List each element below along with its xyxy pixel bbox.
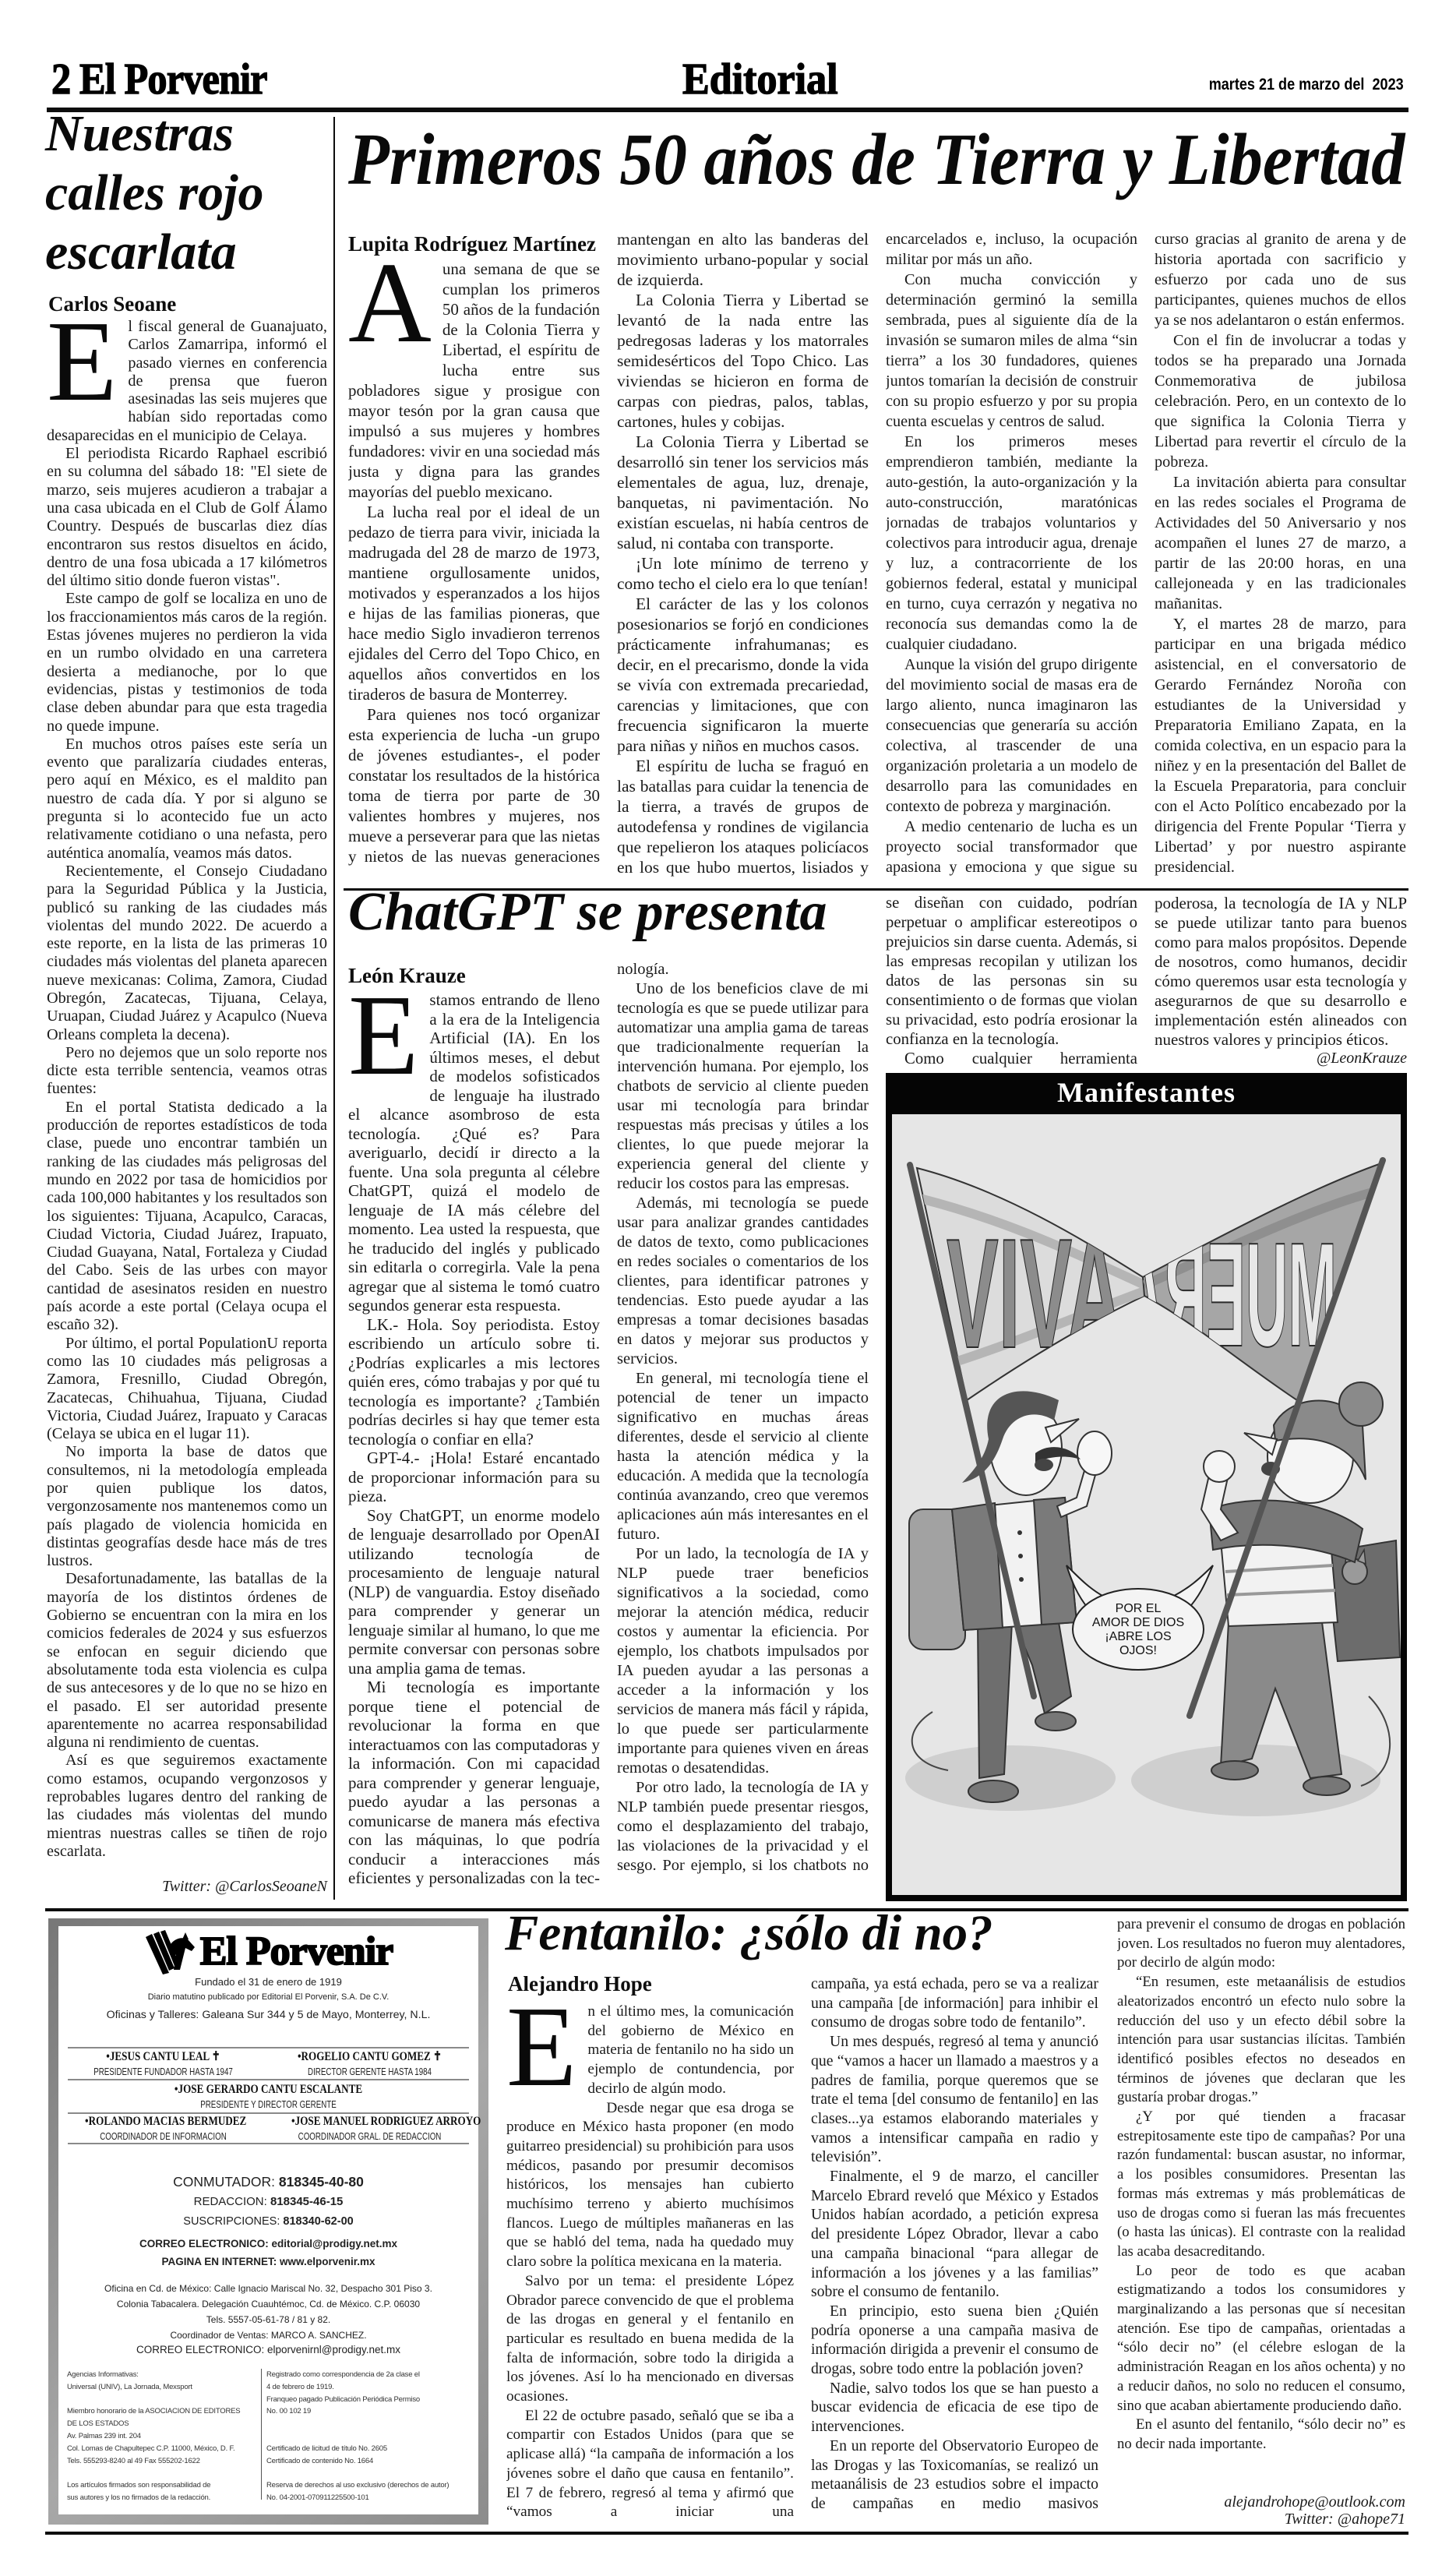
paragraph: nología. — [617, 960, 869, 979]
paragraph: Con el fin de involucrar a todas y todos… — [1155, 330, 1406, 472]
phone-switchboard: CONMUTADOR: 818345-40-80 — [48, 2174, 488, 2190]
phone-number: 818340-62-00 — [283, 2215, 353, 2228]
office-line: Coordinador de Ventas: MARCO A. SANCHEZ. — [48, 2327, 488, 2343]
fine-print-line: No. 00 102 19 — [266, 2405, 477, 2418]
phone-subscriptions: SUSCRIPCIONES: 818340-62-00 — [48, 2214, 488, 2228]
masthead-box: El Porvenir Fundado el 31 de enero de 19… — [48, 1918, 488, 2525]
byline: Alejandro Hope — [508, 1972, 652, 1996]
author-twitter: @LeonKrauze — [1155, 1050, 1407, 1067]
paragraph: El 22 de octubre pasado, señaló que se i… — [506, 2407, 794, 2521]
paragraph: Desde negar que esa droga se produce en … — [506, 2099, 794, 2272]
drop-cap: E — [506, 2003, 576, 2089]
paragraph: Por otro lado, la tecnología de IA y NLP… — [617, 1778, 869, 1876]
fine-print-line: 4 de febrero de 1919. — [266, 2381, 477, 2394]
fine-print-line: Miembro honorario de la ASOCIACION DE ED… — [67, 2405, 259, 2418]
divider — [68, 2047, 469, 2048]
publisher-line: Diario matutino publicado por Editorial … — [48, 1992, 488, 2003]
paragraph: Lo peor de todo es que acaban estigmatiz… — [1117, 2262, 1405, 2416]
paragraph: Y, el martes 28 de marzo, para participa… — [1155, 614, 1406, 877]
article-title-tierra-y-libertad: Primeros 50 años de Tierra y Libertad — [348, 121, 1405, 199]
column-divider — [333, 117, 335, 1900]
author-email: alejandrohope@outlook.com — [1117, 2493, 1405, 2511]
office-line: Colonia Tabacalera. Delegación Cuauhtémo… — [48, 2296, 488, 2312]
article-title-nuestras-calles: Nuestras calles rojo escarlata — [45, 104, 263, 282]
article-column-1: Estamos entrando de lleno a la era de la… — [348, 990, 600, 1887]
staff-entry: •JESUS CANTU LEAL ✝ PRESIDENTE FUNDADOR … — [68, 2050, 259, 2077]
fine-print-line: No. 04-2001-070911225500-101 — [266, 2492, 477, 2504]
article-column-2: nología. Uno de los beneficios clave de … — [617, 960, 869, 1887]
fine-print-divider — [261, 2369, 262, 2500]
paragraph: En el portal Statista dedicado a la prod… — [47, 1099, 327, 1335]
website-value: www.elporvenir.mx — [280, 2256, 375, 2267]
bubble-line: ¡ABRE LOS — [1105, 1630, 1171, 1643]
article-title-fentanilo: Fentanilo: ¿sólo di no? — [505, 1906, 993, 1960]
paragraph: curso gracias al granito de arena y de h… — [1155, 229, 1406, 330]
paragraph: Recientemente, el Consejo Ciudadano para… — [47, 863, 327, 1044]
section-title: Editorial — [682, 58, 838, 101]
email-value: elporvenirnl@prodigy.net.mx — [267, 2344, 400, 2355]
drop-cap: A — [348, 259, 432, 345]
staff-name: •JESUS CANTU LEAL ✝ — [85, 2050, 241, 2063]
staff-entry: •ROLANDO MACIAS BERMUDEZ COORDINADOR DE … — [68, 2115, 259, 2142]
bubble-line: AMOR DE DIOS — [1092, 1616, 1184, 1629]
article-column-2: mantengan en alto las banderas del movim… — [617, 229, 869, 880]
founded-line: Fundado el 31 de enero de 1919 — [48, 1976, 488, 1988]
fine-print-line: Los artículos firmados son responsabilid… — [67, 2479, 259, 2492]
paragraph: En principio, esto suena bien ¿Quién pod… — [811, 2302, 1098, 2379]
staff-name: •JOSE GERARDO CANTU ESCALANTE — [88, 2083, 449, 2096]
paragraph: En muchos otros países este sería un eve… — [47, 736, 327, 863]
paragraph: LK.- Hola. Soy periodista. Estoy escribi… — [348, 1315, 600, 1449]
paragraph: campaña, ya está echada, pero se va a re… — [811, 1974, 1098, 2032]
paragraph: “En resumen, este metaanálisis de estudi… — [1117, 1973, 1405, 2108]
footer-rule — [45, 2532, 1408, 2535]
paragraph: En un reporte del Observatorio Europeo d… — [811, 2437, 1098, 2514]
byline: Carlos Seoane — [48, 292, 176, 316]
cartoon-title: Manifestantes — [1057, 1077, 1236, 1108]
staff-name: •ROGELIO CANTU GOMEZ ✝ — [291, 2050, 448, 2063]
phone-label: SUSCRIPCIONES: — [183, 2215, 280, 2228]
paragraph: El carácter de las y los colonos posesio… — [617, 594, 869, 756]
author-twitter: Twitter: @CarlosSeoaneN — [47, 1878, 327, 1896]
paragraph: Por último, el portal PopulationU report… — [47, 1335, 327, 1444]
fine-print-right: Registrado como correspondencia de 2a cl… — [266, 2369, 477, 2504]
paragraph: No importa la base de datos que consulte… — [47, 1443, 327, 1570]
paper-name: El Porvenir — [79, 55, 267, 104]
website-label: PAGINA EN INTERNET: — [161, 2256, 277, 2267]
article-column-3: se diseñan con cuidado, podrían perpetua… — [886, 894, 1137, 1070]
article-column-1: En el último mes, la comunicación del go… — [506, 2003, 794, 2521]
fine-print-line: Franqueo pagado Publicación Periódica Pe… — [266, 2394, 477, 2406]
masthead-logo: El Porvenir — [48, 1929, 488, 1974]
article-column-4: curso gracias al granito de arena y de h… — [1155, 229, 1406, 880]
paragraph: encarcelados e, incluso, la ocupación mi… — [886, 229, 1137, 270]
staff-role: PRESIDENTE FUNDADOR HASTA 1947 — [92, 2066, 235, 2077]
article-column-3: para prevenir el consumo de drogas en po… — [1117, 1915, 1405, 2481]
paragraph: Un mes después, regresó al tema y anunci… — [811, 2032, 1098, 2167]
divider — [68, 2079, 469, 2080]
staff-entry: •JOSE GERARDO CANTU ESCALANTE PRESIDENTE… — [48, 2083, 488, 2110]
staff-name: •ROLANDO MACIAS BERMUDEZ — [85, 2115, 241, 2128]
paragraph: mantengan en alto las banderas del movim… — [617, 229, 869, 290]
paragraph: Auna semana de que se cumplan los primer… — [348, 259, 600, 502]
article-body: El fiscal general de Guanajuato, Carlos … — [47, 318, 327, 1876]
paragraph-text: n el último mes, la comunicación del gob… — [587, 2003, 794, 2097]
fine-print-line: DE LOS ESTADOS — [67, 2418, 259, 2430]
issue-date: martes 21 de marzo del 2023 — [1209, 76, 1404, 93]
article-title-chatgpt: ChatGPT se presenta — [348, 885, 827, 940]
paragraph: Como cualquier herramienta — [886, 1050, 1137, 1069]
paragraph: En general, mi tecnología tiene el poten… — [617, 1369, 869, 1544]
paragraph: se diseñan con cuidado, podrían perpetua… — [886, 894, 1137, 1050]
staff-name: •JOSE MANUEL RODRIGUEZ ARROYO — [291, 2115, 448, 2128]
paragraph: Pero no dejemos que un solo reporte nos … — [47, 1044, 327, 1099]
staff-role: COORDINADOR DE INFORMACION — [92, 2131, 235, 2142]
mexico-office: Oficina en Cd. de México: Calle Ignacio … — [48, 2281, 488, 2343]
staff-role: COORDINADOR GRAL. DE REDACCION — [298, 2131, 442, 2142]
phone-number: 818345-46-15 — [270, 2195, 343, 2208]
paragraph: para prevenir el consumo de drogas en po… — [1117, 1915, 1405, 1973]
fine-print-line: Col. Lomas de Chapultepec C.P. 11000, Mé… — [67, 2443, 259, 2455]
drop-cap: E — [47, 318, 117, 404]
paragraph: En el asunto del fentanilo, “sólo decir … — [1117, 2415, 1405, 2454]
fine-print-line: sus autores y los no firmados de la reda… — [67, 2492, 259, 2504]
email-label: CORREO ELECTRONICO: — [136, 2344, 264, 2355]
paragraph: Mi tecnología es importante porque tiene… — [348, 1678, 600, 1887]
page-folio: 2 El Porvenir — [51, 58, 267, 101]
fine-print-line: Certificado de licitud de título No. 260… — [266, 2443, 477, 2455]
fine-print-line: Tels. 555293-8240 al 49 Fax 555202-1622 — [67, 2455, 259, 2468]
staff-entry: •JOSE MANUEL RODRIGUEZ ARROYO COORDINADO… — [274, 2115, 465, 2142]
phone-label: REDACCION: — [194, 2195, 267, 2208]
website-line: PAGINA EN INTERNET: www.elporvenir.mx — [48, 2255, 488, 2268]
divider — [68, 2112, 469, 2114]
paragraph: Soy ChatGPT, un enorme modelo de lenguaj… — [348, 1506, 600, 1678]
phone-newsroom: REDACCION: 818345-46-15 — [48, 2195, 488, 2209]
fine-print-line: Reserva de derechos al uso exclusivo (de… — [266, 2479, 477, 2492]
title-line: calles rojo — [45, 164, 263, 223]
phone-label: CONMUTADOR: — [173, 2174, 275, 2190]
paragraph: A medio centenario de lucha es un proyec… — [886, 817, 1137, 877]
paragraph: En los primeros meses emprendieron tambi… — [886, 432, 1137, 655]
fine-print-left: Agencias Informativas: Universal (UNIV),… — [67, 2369, 259, 2504]
fine-print-line: Registrado como correspondencia de 2a cl… — [266, 2369, 477, 2381]
paragraph: ¡Un lote mínimo de terreno y como techo … — [617, 553, 869, 594]
fine-print-line: Certificado de contenido No. 1664 — [266, 2455, 477, 2468]
title-line: Nuestras — [45, 104, 263, 164]
paragraph: Así es que seguiremos exactamente como e… — [47, 1752, 327, 1861]
paragraph: Aunque la visión del grupo dirigente del… — [886, 655, 1137, 817]
paragraph: La lucha real por el ideal de un pedazo … — [348, 502, 600, 704]
fine-print-line: Agencias Informativas: — [67, 2369, 259, 2381]
paragraph: Con mucha convicción y determinación ger… — [886, 270, 1137, 432]
byline: León Krauze — [348, 964, 466, 987]
paragraph: Para quienes nos tocó organizar esta exp… — [348, 704, 600, 866]
paragraph: Salvo por un tema: el presidente López O… — [506, 2272, 794, 2407]
paragraph: La invitación abierta para consultar en … — [1155, 472, 1406, 614]
paragraph: Además, mi tecnología se puede usar para… — [617, 1194, 869, 1369]
paragraph: Finalmente, el 9 de marzo, el canciller … — [811, 2167, 1098, 2302]
logo-text: El Porvenir — [200, 1929, 393, 1974]
paragraph: ¿Y por qué tienden a fracasar estrepitos… — [1117, 2108, 1405, 2262]
staff-entry: •ROGELIO CANTU GOMEZ ✝ DIRECTOR GERENTE … — [274, 2050, 465, 2077]
author-contact: alejandrohope@outlook.com Twitter: @ahop… — [1117, 2493, 1405, 2528]
page-number: 2 — [51, 55, 70, 104]
phone-number: 818345-40-80 — [279, 2174, 364, 2190]
paragraph: GPT-4.- ¡Hola! Estaré encantado de propo… — [348, 1449, 600, 1506]
paragraph: La Colonia Tierra y Libertad se levantó … — [617, 290, 869, 432]
paragraph: Por un lado, la tecnología de IA y NLP p… — [617, 1544, 869, 1778]
bubble-line: OJOS! — [1119, 1644, 1157, 1657]
paragraph: El espíritu de lucha se fraguó en las ba… — [617, 756, 869, 877]
article-column-2: campaña, ya está echada, pero se va a re… — [811, 1974, 1098, 2521]
paragraph: Nadie, salvo todos los que se han puesto… — [811, 2379, 1098, 2437]
email-value: editorial@prodigy.net.mx — [272, 2238, 397, 2250]
paragraph: Uno de los beneficios clave de mi tecnol… — [617, 979, 869, 1194]
office-line: Tels. 5557-05-61-78 / 81 y 82. — [48, 2312, 488, 2327]
article-column-4: poderosa, la tecnología de IA y NLP se p… — [1155, 894, 1407, 1051]
editorial-cartoon: Manifestantes VIVA MUERA — [886, 1073, 1407, 1901]
author-twitter: Twitter: @ahope71 — [1117, 2511, 1405, 2528]
office-line: Oficina en Cd. de México: Calle Ignacio … — [48, 2281, 488, 2296]
paragraph: Estamos entrando de lleno a la era de la… — [348, 990, 600, 1315]
paragraph: Desafortunadamente, las batallas de la m… — [47, 1570, 327, 1752]
paragraph: En el último mes, la comunicación del go… — [506, 2003, 794, 2099]
paragraph: Este campo de golf se localiza en uno de… — [47, 590, 327, 735]
article-column-1: Auna semana de que se cumplan los primer… — [348, 259, 600, 880]
bubble-line: POR EL — [1116, 1602, 1162, 1615]
staff-role: PRESIDENTE Y DIRECTOR GERENTE — [104, 2099, 434, 2110]
paragraph: El fiscal general de Guanajuato, Carlos … — [47, 318, 327, 445]
sales-email-line: CORREO ELECTRONICO: elporvenirnl@prodigy… — [48, 2343, 488, 2356]
divider — [68, 2143, 469, 2144]
drop-cap: E — [348, 990, 418, 1078]
staff-role: DIRECTOR GERENTE HASTA 1984 — [298, 2066, 442, 2077]
email-line: CORREO ELECTRONICO: editorial@prodigy.ne… — [48, 2237, 488, 2250]
email-label: CORREO ELECTRONICO: — [139, 2238, 269, 2250]
article-column-3: encarcelados e, incluso, la ocupación mi… — [886, 229, 1137, 880]
fine-print-line: Av. Palmas 239 int. 204 — [67, 2430, 259, 2443]
byline: Lupita Rodríguez Martínez — [348, 232, 596, 256]
paragraph: poderosa, la tecnología de IA y NLP se p… — [1155, 894, 1407, 1050]
fine-print-line: Universal (UNIV), La Jornada, Mexsport — [67, 2381, 259, 2394]
paragraph: El periodista Ricardo Raphael escribió e… — [47, 445, 327, 590]
title-line: escarlata — [45, 223, 263, 282]
paragraph: La Colonia Tierra y Libertad se desarrol… — [617, 432, 869, 553]
newspaper-page: 2 El Porvenir Editorial martes 21 de mar… — [0, 0, 1449, 2576]
offices-line: Oficinas y Talleres: Galeana Sur 344 y 5… — [48, 2008, 488, 2022]
horse-logo-icon — [144, 1929, 196, 1974]
